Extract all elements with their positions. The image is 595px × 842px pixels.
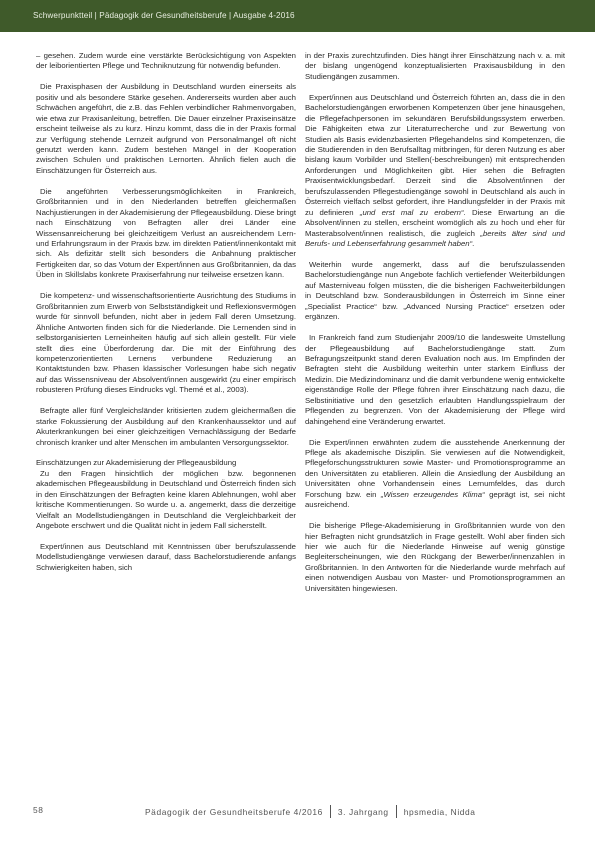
paragraph: Die Expert/innen erwähnten zudem die aus…	[305, 438, 565, 511]
publisher: hpsmedia, Nidda	[404, 807, 476, 817]
right-column: in der Praxis zurechtzufinden. Dies häng…	[305, 51, 565, 605]
quote: „Wissen erzeugendes Klima“	[381, 490, 485, 499]
divider	[396, 805, 397, 818]
paragraph: – gesehen. Zudem wurde eine verstärkte B…	[36, 51, 296, 72]
footer-citation: Pädagogik der Gesundheitsberufe 4/20163.…	[145, 805, 476, 818]
paragraph: Zu den Fragen hinsichtlich der möglichen…	[36, 469, 296, 532]
volume: 3. Jahrgang	[338, 807, 389, 817]
paragraph: Weiterhin wurde angemerkt, dass auf die …	[305, 260, 565, 323]
paragraph-text: Expert/innen aus Deutschland und Österre…	[305, 93, 565, 217]
paragraph: Die Praxisphasen der Ausbildung in Deuts…	[36, 82, 296, 176]
running-header-bar: Schwerpunktteil | Pädagogik der Gesundhe…	[0, 0, 595, 32]
divider	[330, 805, 331, 818]
left-column: – gesehen. Zudem wurde eine verstärkte B…	[36, 51, 296, 584]
running-header-title: Schwerpunktteil | Pädagogik der Gesundhe…	[33, 11, 295, 20]
paragraph: In Frankreich fand zum Studienjahr 2009/…	[305, 333, 565, 427]
section-subheading: Einschätzungen zur Akademisierung der Pf…	[36, 458, 296, 468]
paragraph: in der Praxis zurechtzufinden. Dies häng…	[305, 51, 565, 82]
page-footer: 58 Pädagogik der Gesundheitsberufe 4/201…	[0, 805, 595, 819]
journal-name: Pädagogik der Gesundheitsberufe 4/2016	[145, 807, 323, 817]
page-number: 58	[33, 805, 44, 815]
paragraph-text: .	[472, 239, 474, 248]
paragraph: Die kompetenz- und wissenschaftsorientie…	[36, 291, 296, 396]
paragraph: Expert/innen aus Deutschland mit Kenntni…	[36, 542, 296, 573]
paragraph: Die angeführten Verbesserungsmöglichkeit…	[36, 187, 296, 281]
quote: „und erst mal zu erobern“	[360, 208, 464, 217]
paragraph: Expert/innen aus Deutschland und Österre…	[305, 93, 565, 250]
paragraph: Befragte aller fünf Vergleichsländer kri…	[36, 406, 296, 448]
paragraph: Die bisherige Pflege-Akademisierung in G…	[305, 521, 565, 594]
